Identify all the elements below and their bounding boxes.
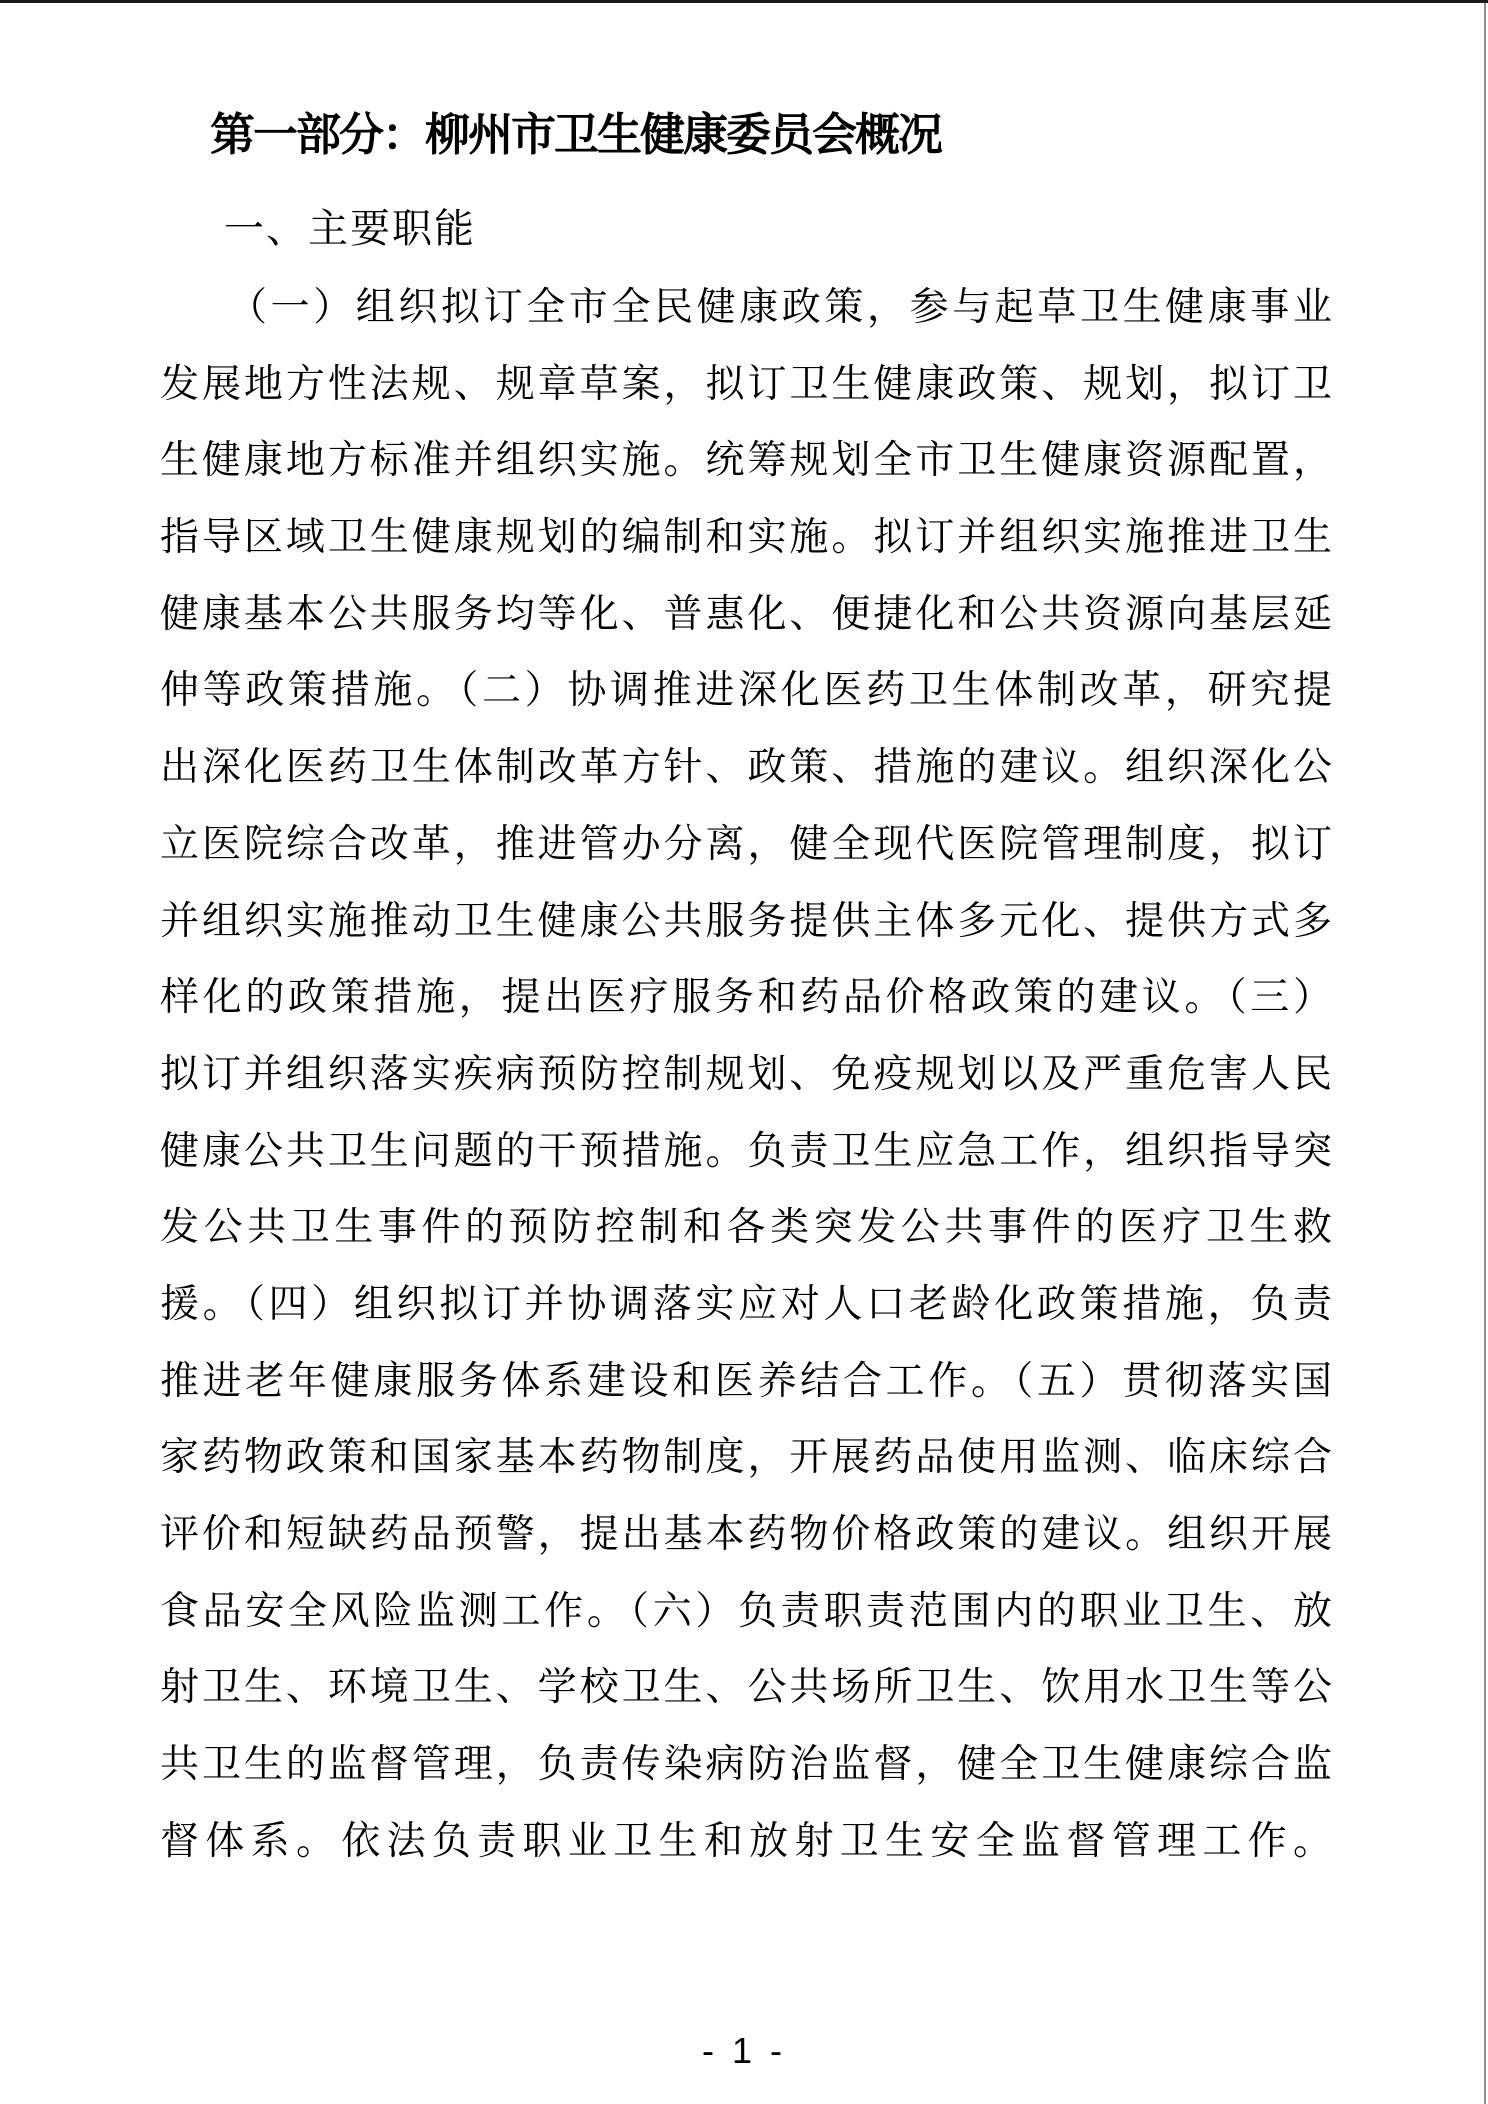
body-text-line: 伸等政策措施。（二）协调推进深化医药卫生体制改革，研究提 bbox=[160, 653, 1332, 730]
body-text-line: 共卫生的监督管理，负责传染病防治监督，健全卫生健康综合监 bbox=[160, 1727, 1332, 1804]
section-heading: 一、主要职能 bbox=[224, 204, 476, 254]
body-text-line: 推进老年健康服务体系建设和医养结合工作。（五）贯彻落实国 bbox=[160, 1344, 1332, 1421]
body-text-line: 生健康地方标准并组织实施。统筹规划全市卫生健康资源配置， bbox=[160, 423, 1332, 500]
body-text-line: 出深化医药卫生体制改革方针、政策、措施的建议。组织深化公 bbox=[160, 730, 1332, 807]
page-right-edge-line bbox=[1484, 3, 1486, 2104]
body-text-line: 评价和短缺药品预警，提出基本药物价格政策的建议。组织开展 bbox=[160, 1497, 1332, 1574]
body-text-line: 健康公共卫生问题的干预措施。负责卫生应急工作，组织指导突 bbox=[160, 1114, 1332, 1191]
body-text-line: （一）组织拟订全市全民健康政策，参与起草卫生健康事业 bbox=[160, 270, 1332, 347]
body-text-line: 督体系。依法负责职业卫生和放射卫生安全监督管理工作。 bbox=[160, 1804, 1332, 1881]
body-text-line: 发公共卫生事件的预防控制和各类突发公共事件的医疗卫生救 bbox=[160, 1190, 1332, 1267]
body-text-line: 立医院综合改革，推进管办分离，健全现代医院管理制度，拟订 bbox=[160, 807, 1332, 884]
main-paragraph: （一）组织拟订全市全民健康政策，参与起草卫生健康事业发展地方性法规、规章草案，拟… bbox=[160, 270, 1332, 1880]
body-text-line: 援。（四）组织拟订并协调落实应对人口老龄化政策措施，负责 bbox=[160, 1267, 1332, 1344]
body-text-line: 拟订并组织落实疾病预防控制规划、免疫规划以及严重危害人民 bbox=[160, 1037, 1332, 1114]
body-text-line: 样化的政策措施，提出医疗服务和药品价格政策的建议。（三） bbox=[160, 960, 1332, 1037]
top-edge-bar bbox=[0, 0, 1488, 3]
footer-page-number: - 1 - bbox=[0, 2030, 1488, 2072]
body-text-line: 并组织实施推动卫生健康公共服务提供主体多元化、提供方式多 bbox=[160, 884, 1332, 961]
body-text-line: 食品安全风险监测工作。（六）负责职责范围内的职业卫生、放 bbox=[160, 1574, 1332, 1651]
body-text-line: 射卫生、环境卫生、学校卫生、公共场所卫生、饮用水卫生等公 bbox=[160, 1650, 1332, 1727]
body-text-line: 家药物政策和国家基本药物制度，开展药品使用监测、临床综合 bbox=[160, 1420, 1332, 1497]
body-text-line: 发展地方性法规、规章草案，拟订卫生健康政策、规划，拟订卫 bbox=[160, 347, 1332, 424]
body-text-line: 健康基本公共服务均等化、普惠化、便捷化和公共资源向基层延 bbox=[160, 577, 1332, 654]
body-text-line: 指导区域卫生健康规划的编制和实施。拟订并组织实施推进卫生 bbox=[160, 500, 1332, 577]
document-page: 第一部分：柳州市卫生健康委员会概况 一、主要职能 （一）组织拟订全市全民健康政策… bbox=[0, 0, 1488, 2104]
document-title: 第一部分：柳州市卫生健康委员会概况 bbox=[210, 103, 941, 166]
